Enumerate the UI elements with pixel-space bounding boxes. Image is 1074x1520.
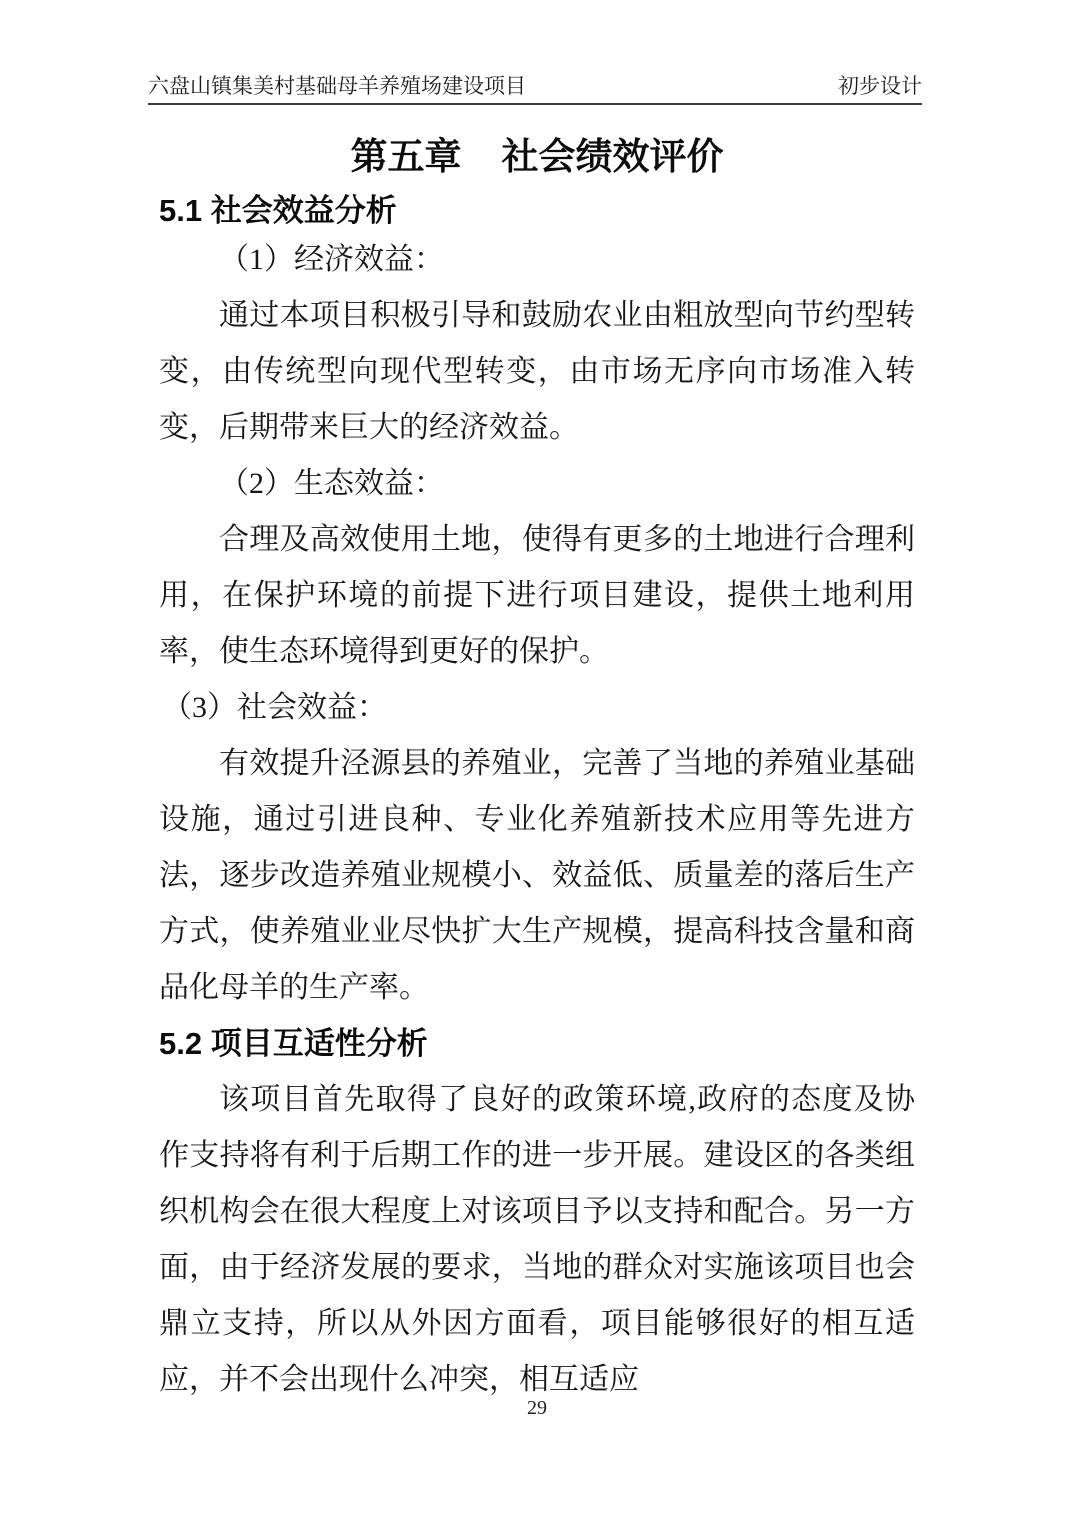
header-doc-type: 初步设计 [838, 74, 922, 98]
section-51-item3-paragraph: 有效提升泾源县的养殖业，完善了当地的养殖业基础设施，通过引进良种、专业化养殖新技… [159, 736, 915, 1016]
chapter-title: 第五章 社会绩效评价 [0, 134, 1074, 180]
section-52-paragraph: 该项目首先取得了良好的政策环境,政府的态度及协作支持将有利于后期工作的进一步开展… [159, 1072, 915, 1408]
chapter-number: 第五章 [351, 134, 462, 180]
section-51-heading: 5.1 社会效益分析 [159, 190, 915, 232]
header-project-title: 六盘山镇集美村基础母羊养殖场建设项目 [148, 74, 526, 98]
section-51-item3-label: （3）社会效益： [159, 680, 915, 736]
section-51-item1-label: （1）经济效益： [159, 232, 915, 288]
document-body: 5.1 社会效益分析 （1）经济效益： 通过本项目积极引导和鼓励农业由粗放型向节… [159, 190, 915, 1408]
section-52-heading: 5.2 项目互适性分析 [159, 1016, 915, 1072]
running-header: 六盘山镇集美村基础母羊养殖场建设项目 初步设计 [148, 74, 922, 105]
section-51-item2-label: （2）生态效益： [159, 456, 915, 512]
page-number: 29 [0, 1396, 1074, 1420]
section-51-item2-paragraph: 合理及高效使用土地，使得有更多的土地进行合理利用，在保护环境的前提下进行项目建设… [159, 512, 915, 680]
document-page: 六盘山镇集美村基础母羊养殖场建设项目 初步设计 第五章 社会绩效评价 5.1 社… [0, 0, 1074, 1520]
chapter-name: 社会绩效评价 [502, 134, 724, 180]
section-51-item1-paragraph: 通过本项目积极引导和鼓励农业由粗放型向节约型转变，由传统型向现代型转变，由市场无… [159, 288, 915, 456]
